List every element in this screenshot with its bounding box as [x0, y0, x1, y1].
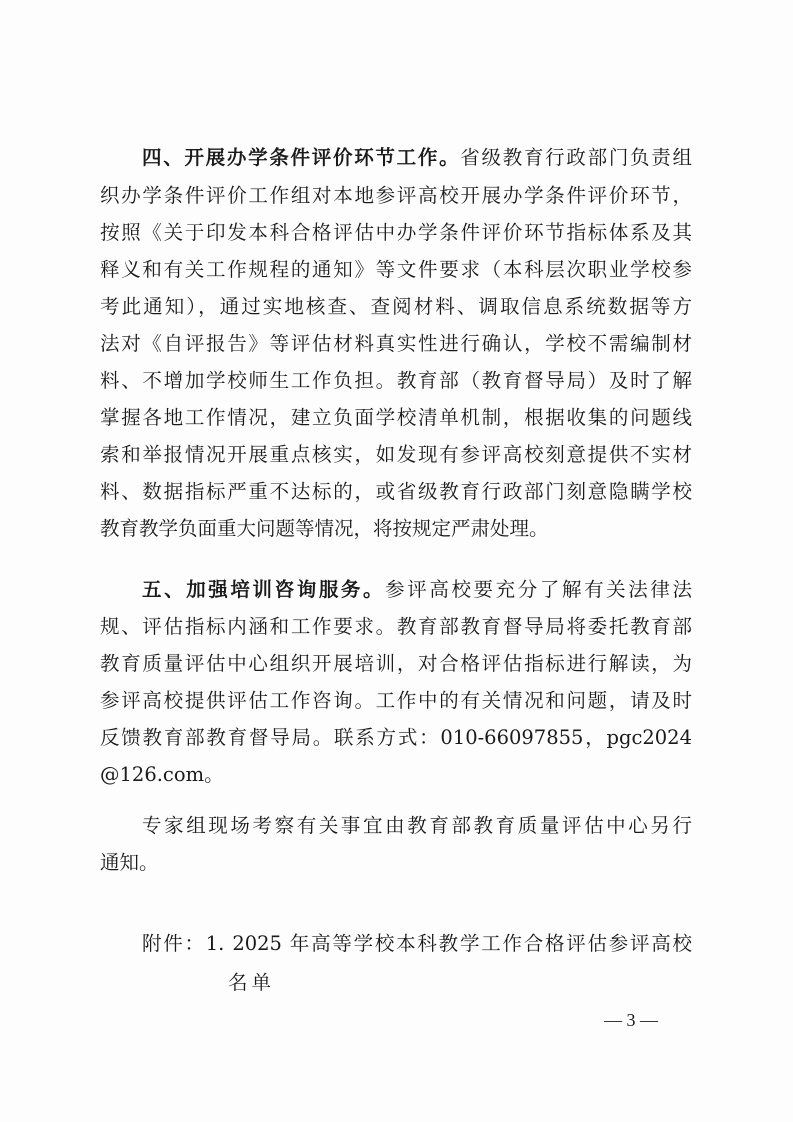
section4-line-7: 料、不增加学校师生工作负担。教育部（教育督导局）及时了解 — [100, 366, 692, 396]
page-number: — 3 — — [604, 1008, 658, 1032]
section5-heading: 五、加强培训咨询服务。 — [142, 578, 385, 601]
document-page: 四、开展办学条件评价环节工作。省级教育行政部门负责组 织办学条件评价工作组对本地… — [0, 0, 793, 1122]
section4-line-6: 法对《自评报告》等评估材料真实性进行确认，学校不需编制材 — [100, 329, 692, 359]
section5-line-1: 五、加强培训咨询服务。参评高校要充分了解有关法律法 — [142, 575, 692, 605]
closing-line-1: 专家组现场考察有关事宜由教育部教育质量评估中心另行 — [142, 811, 692, 841]
section5-line-2: 规、评估指标内涵和工作要求。教育部教育督导局将委托教育部 — [100, 612, 692, 642]
section4-text: 省级教育行政部门负责组 — [460, 146, 692, 169]
attachment-line-2: 名单 — [228, 968, 275, 998]
section5-line-3: 教育质量评估中心组织开展培训，对合格评估指标进行解读，为 — [100, 649, 692, 679]
section4-line-2: 织办学条件评价工作组对本地参评高校开展办学条件评价环节， — [100, 181, 692, 211]
section4-heading: 四、开展办学条件评价环节工作。 — [142, 146, 460, 169]
section4-line-10: 料、数据指标严重不达标的，或省级教育行政部门刻意隐瞒学校 — [100, 477, 692, 507]
section4-line-4: 释义和有关工作规程的通知》等文件要求（本科层次职业学校参 — [100, 255, 692, 285]
section4-line-11: 教育教学负面重大问题等情况，将按规定严肃处理。 — [100, 514, 692, 544]
section4-line-3: 按照《关于印发本科合格评估中办学条件评价环节指标体系及其 — [100, 218, 692, 248]
section4-line-5: 考此通知），通过实地核查、查阅材料、调取信息系统数据等方 — [100, 292, 692, 322]
section5-text: 参评高校要充分了解有关法律法 — [385, 578, 692, 601]
section4-line-9: 索和举报情况开展重点核实，如发现有参评高校刻意提供不实材 — [100, 440, 692, 470]
section5-line-6: @126.com。 — [100, 760, 692, 790]
section5-line-5: 反馈教育部教育督导局。联系方式：010-66097855，pgc2024 — [100, 723, 692, 753]
attachment-line-1: 附件：1. 2025 年高等学校本科教学工作合格评估参评高校 — [142, 929, 692, 959]
section5-line-4: 参评高校提供评估工作咨询。工作中的有关情况和问题，请及时 — [100, 686, 692, 716]
section4-line-8: 掌握各地工作情况，建立负面学校清单机制，根据收集的问题线 — [100, 403, 692, 433]
section4-line-1: 四、开展办学条件评价环节工作。省级教育行政部门负责组 — [142, 143, 692, 173]
closing-line-2: 通知。 — [100, 848, 692, 878]
